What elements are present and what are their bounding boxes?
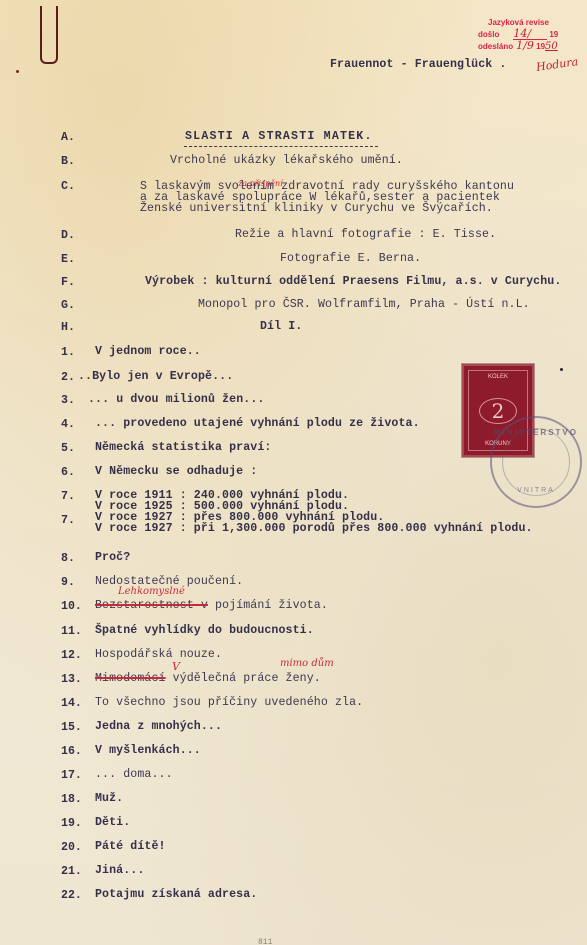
insert-mark-13: V <box>172 660 180 673</box>
item-num-12: 12. <box>61 649 82 662</box>
credits-line-3: Ženské universitní kliniky v Curychu ve … <box>140 203 514 214</box>
handwritten-annotation-13: mimo dům <box>280 658 334 669</box>
item-text-2: ..Bylo jen v Evropě... <box>78 371 233 383</box>
film-title: SLASTI A STRASTI MATEK. <box>185 131 373 143</box>
item-text-13-rest: výdělečná práce ženy. <box>166 672 321 685</box>
item-text-19: Děti. <box>95 817 130 829</box>
ink-speck-right <box>560 368 563 371</box>
item-num-13: 13. <box>61 673 82 686</box>
received-year: 19 <box>549 29 558 40</box>
item-text-3: ... u dvou milionů žen... <box>88 394 264 406</box>
item-text-16: V myšlenkách... <box>95 745 201 757</box>
item-text-8: Proč? <box>95 552 130 564</box>
item-text-12: Hospodářská nouze. <box>95 649 222 661</box>
photography-credit: Fotografie E. Berna. <box>280 253 421 265</box>
distribution-credit: Monopol pro ČSR. Wolframfilm, Praha - Ús… <box>198 299 530 311</box>
item-label-g: G. <box>61 299 75 312</box>
item-num-14: 14. <box>61 697 82 710</box>
revenue-stamp-value: 2 <box>479 398 517 424</box>
item-num-20: 20. <box>61 841 82 854</box>
director-credit: Režie a hlavní fotografie : E. Tisse. <box>235 229 496 241</box>
item-text-10: Bezstarostnost v pojímání života. <box>95 600 328 612</box>
paperclip-icon <box>40 6 58 64</box>
item-label-b: B. <box>61 155 75 168</box>
item-num-11: 11. <box>61 625 82 638</box>
received-label: došlo <box>478 29 499 40</box>
item-num-4: 4. <box>61 418 75 431</box>
statistics-line-1927b: V roce 1927 : při 1,300.000 porodů přes … <box>95 523 533 534</box>
item-num-21: 21. <box>61 865 82 878</box>
item-text-11: Špatné vyhlídky do budoucnosti. <box>95 625 314 637</box>
item-num-18: 18. <box>61 793 82 806</box>
item-margin-mark-7: 7. <box>61 514 75 527</box>
item-text-10-rest: pojímání života. <box>208 599 328 612</box>
item-num-2: 2. <box>61 371 75 384</box>
item-num-16: 16. <box>61 745 82 758</box>
item-text-20: Páté dítě! <box>95 841 166 853</box>
item-label-d: D. <box>61 229 75 242</box>
item-text-4: ... provedeno utajené vyhnání plodu ze ž… <box>95 418 420 430</box>
seal-top-text: MINISTERSTVO <box>492 428 580 437</box>
item-num-8: 8. <box>61 552 75 565</box>
item-num-7: 7. <box>61 490 75 503</box>
film-subtitle: Vrcholné ukázky lékařského umění. <box>170 155 403 167</box>
item-num-5: 5. <box>61 442 75 455</box>
item-num-17: 17. <box>61 769 82 782</box>
handwritten-annotation-c: za přispění <box>238 179 283 188</box>
item-text-6: V Německu se odhaduje : <box>95 466 257 478</box>
item-num-19: 19. <box>61 817 82 830</box>
ministry-seal: MINISTERSTVO VNITRA <box>490 416 582 508</box>
sent-year-prefix: 19 <box>536 41 545 52</box>
item-label-c: C. <box>61 180 75 193</box>
item-text-15: Jedna z mnohých... <box>95 721 222 733</box>
item-label-f: F. <box>61 276 75 289</box>
item-num-9: 9. <box>61 576 75 589</box>
revenue-stamp-top-text: KOLEK <box>488 374 508 380</box>
item-num-3: 3. <box>61 394 75 407</box>
item-text-22: Potajmu získaná adresa. <box>95 889 257 901</box>
item-text-17: ... doma... <box>95 769 173 781</box>
struck-text-13: Mimodomácí <box>95 672 166 685</box>
item-label-h: H. <box>61 321 75 334</box>
item-text-5: Německá statistika praví: <box>95 442 271 454</box>
document-page: Jazyková revise došlo 14/ 19 odesláno 1/… <box>0 0 587 945</box>
reviewer-signature: Hodura <box>535 55 579 74</box>
item-num-15: 15. <box>61 721 82 734</box>
document-title: Frauennot - Frauenglück . <box>330 59 506 71</box>
ink-speck <box>16 70 19 73</box>
item-label-a: A. <box>61 131 75 144</box>
credits-acknowledgement: S laskavým svolením zdravotní rady curyš… <box>140 181 514 214</box>
item-num-10: 10. <box>61 600 82 613</box>
statistics-block: V roce 1911 : 240.000 vyhnání plodu. V r… <box>95 490 533 534</box>
item-num-1: 1. <box>61 346 75 359</box>
footer-mark: 811 <box>258 938 272 945</box>
part-label: Díl I. <box>260 321 302 333</box>
language-revision-stamp: Jazyková revise došlo 14/ 19 odesláno 1/… <box>478 17 583 52</box>
item-text-14: To všechno jsou příčiny uvedeného zla. <box>95 697 363 709</box>
struck-text-10: Bezstarostnost v <box>95 599 208 612</box>
seal-bottom-text: VNITRA <box>492 487 580 494</box>
sent-year-suffix: 50 <box>545 41 558 52</box>
item-text-18: Muž. <box>95 793 123 805</box>
sent-date: 1/9 <box>516 40 536 51</box>
item-num-22: 22. <box>61 889 82 902</box>
title-underline <box>184 146 378 147</box>
handwritten-annotation-10: Lehkomyslné <box>118 586 185 597</box>
sent-label: odesláno <box>478 41 513 52</box>
item-label-e: E. <box>61 253 75 266</box>
production-credit: Výrobek : kulturní oddělení Praesens Fil… <box>145 276 561 288</box>
item-num-6: 6. <box>61 466 75 479</box>
item-text-21: Jiná... <box>95 865 144 877</box>
item-text-13: Mimodomácí výdělečná práce ženy. <box>95 673 321 685</box>
item-text-1: V jednom roce.. <box>95 346 201 358</box>
